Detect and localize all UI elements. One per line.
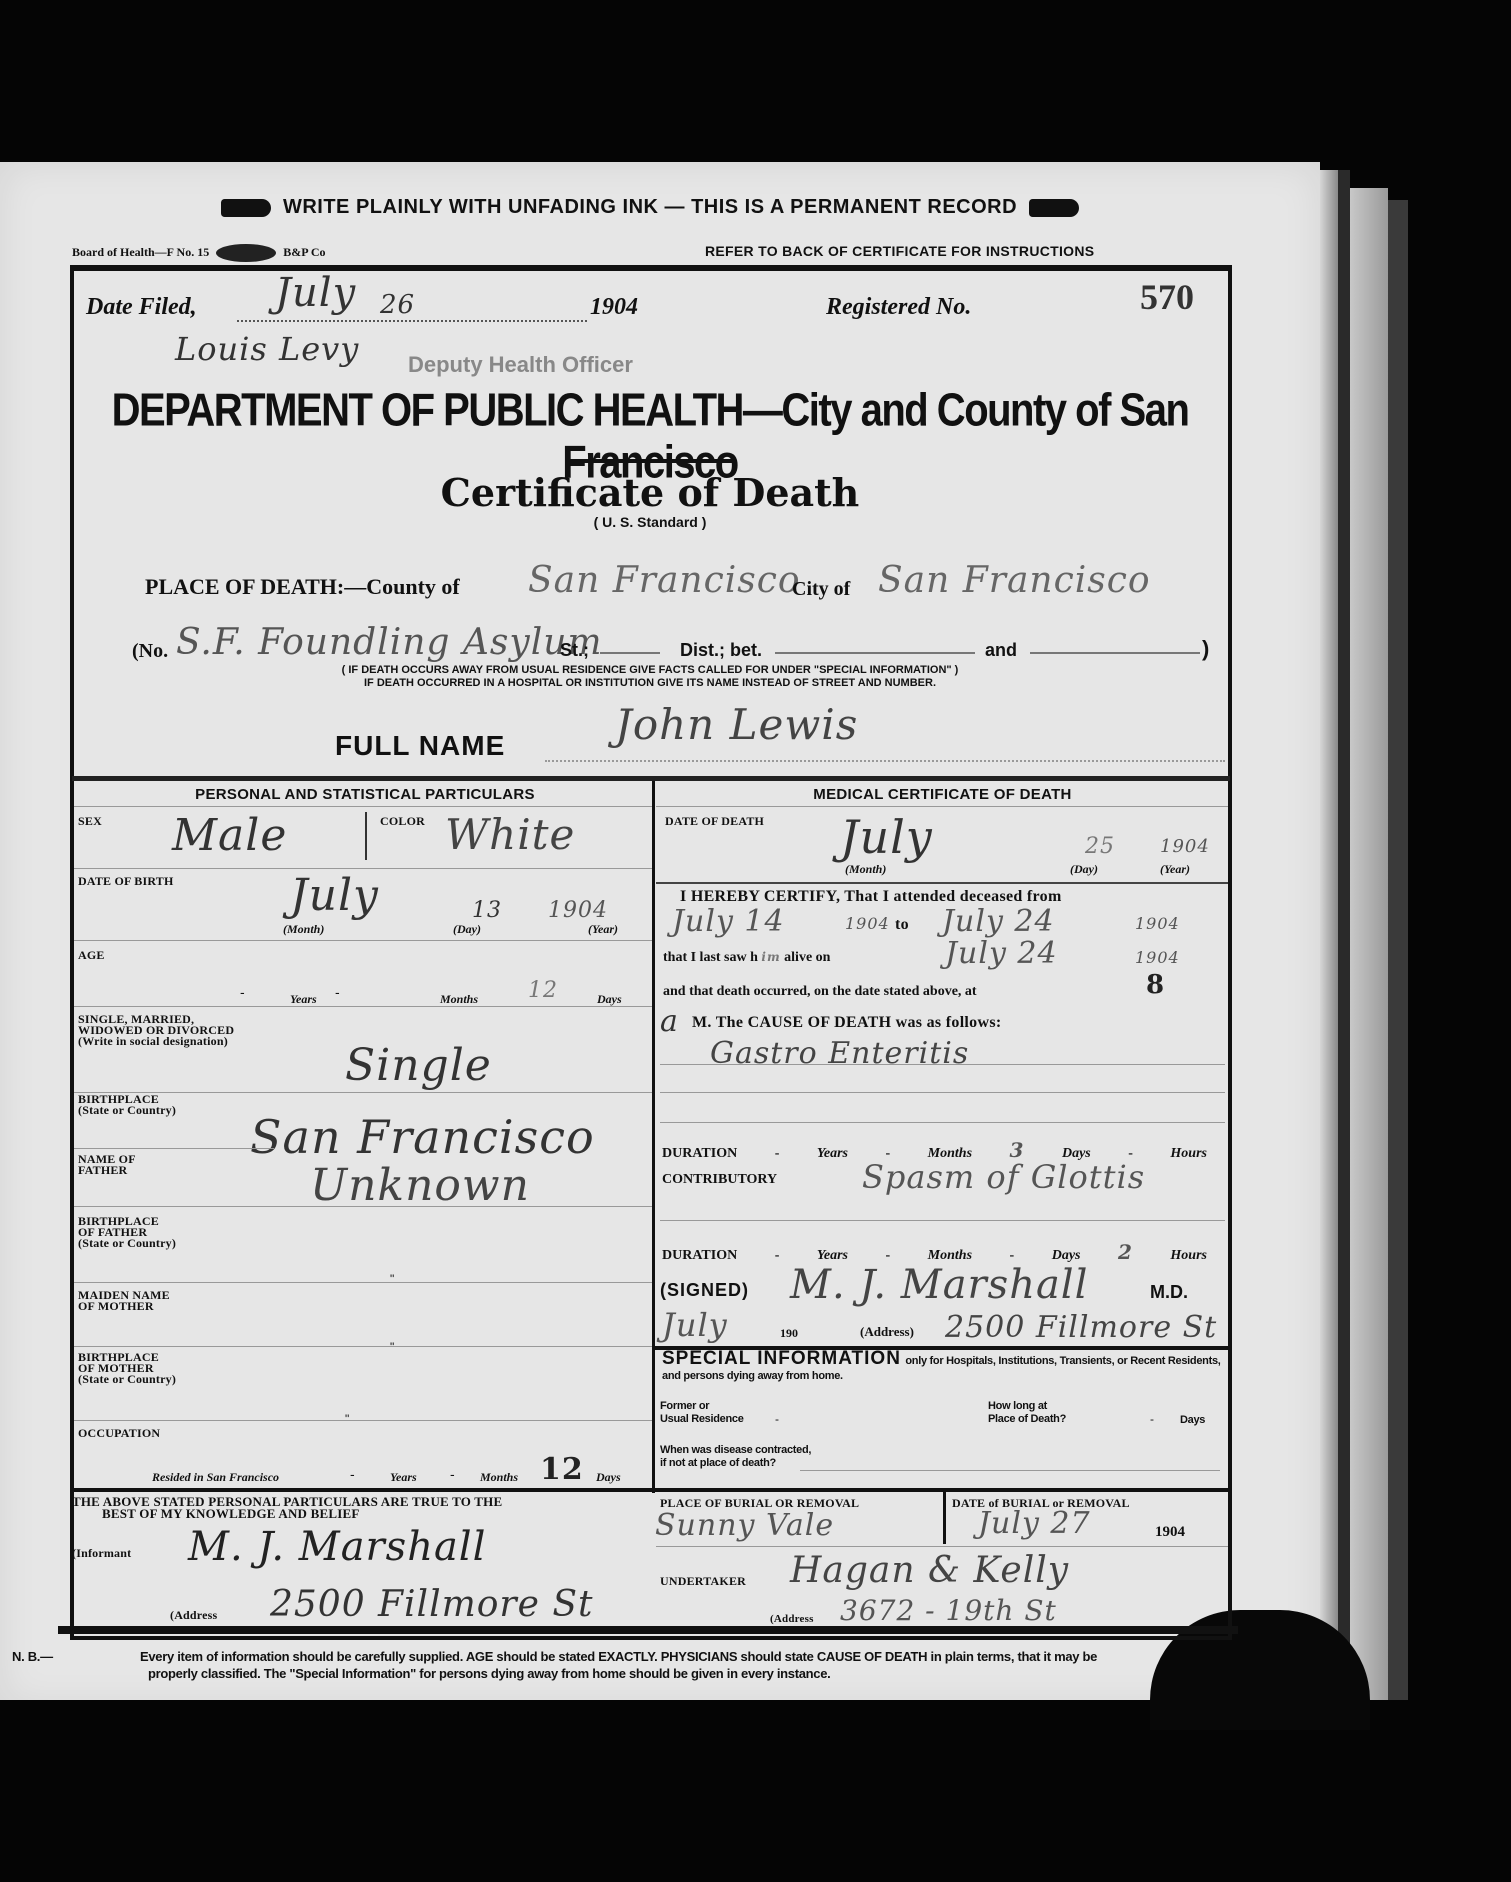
age-days-caption: Days [597,992,622,1007]
contracted-label-line-1: When was disease contracted, [660,1444,811,1457]
district-label: Dist.; bet. [680,640,762,661]
rule [74,1006,652,1007]
form-number-text: Board of Health—F No. 15 [72,245,209,259]
date-of-death-day: 25 [1085,834,1115,859]
father-birthplace-value: " [390,1272,394,1286]
city-label: City of [792,578,850,601]
alive-on-text: alive on [784,950,830,965]
rule [660,1220,1225,1221]
age-days: 12 [528,978,558,1003]
duration-hours: 2 [1118,1240,1133,1264]
rule [656,806,1228,807]
sex-color-divider [365,812,367,860]
informant-address-label: (Address [170,1610,217,1621]
residence-note-line-2: IF DEATH OCCURRED IN A HOSPITAL OR INSTI… [210,677,1090,690]
informant-address: 2500 Fillmore St [270,1584,593,1625]
section-divider [72,776,1230,781]
hours-caption: Hours [1170,1248,1207,1264]
how-long-label: How long at Place of Death? [988,1400,1066,1426]
former-residence-label: Former or Usual Residence [660,1400,744,1426]
rule [656,1546,1228,1547]
place-of-death-label: PLACE OF DEATH:—County of [145,574,460,600]
physician-signature: M. J. Marshall [790,1262,1088,1308]
age-years: - [240,984,245,1000]
years-caption: Years [817,1146,848,1162]
rule [74,1346,652,1347]
undertaker-label: UNDERTAKER [660,1576,746,1587]
age-years-caption: Years [290,992,317,1007]
sex-label: SEX [78,816,102,827]
year-caption: (Year) [588,922,618,937]
rule [800,1470,1220,1471]
full-name-label: FULL NAME [335,730,505,762]
and-blank [1030,652,1200,654]
dod-month-caption: (Month) [845,862,886,877]
registered-label: Registered No. [826,294,971,321]
last-saw-prefix: that I last saw h [663,950,758,965]
contracted-label: When was disease contracted, if not at p… [660,1444,811,1470]
birthplace-label: BIRTHPLACE (State or Country) [78,1094,176,1116]
date-of-death-month: July [840,810,933,864]
rule [74,1206,652,1207]
contracted-label-line-2: if not at place of death? [660,1457,811,1470]
md-label: M.D. [1150,1282,1188,1303]
date-filed-month: July [275,270,356,316]
date-filed-day: 26 [380,290,415,320]
physician-address-label: (Address) [860,1324,914,1340]
page-stack-shadow [1388,200,1408,1740]
rule [660,1064,1225,1065]
full-name-value: John Lewis [615,700,858,749]
father-name-value: Unknown [310,1160,530,1211]
district-blank [775,652,975,654]
age-months-caption: Months [440,992,478,1007]
special-info-heading: SPECIAL INFORMATION [662,1348,901,1369]
mother-name-label: MAIDEN NAME OF MOTHER [78,1290,170,1312]
birthplace-value: San Francisco [250,1110,595,1164]
registered-number: 570 [1140,276,1194,318]
rule [660,1092,1225,1093]
dod-year-caption: (Year) [1160,862,1190,877]
marital-label: SINGLE, MARRIED, WIDOWED OR DIVORCED (Wr… [78,1014,234,1047]
attended-to-year: 1904 [1135,914,1180,933]
certificate-subtitle: ( U. S. Standard ) [200,514,1100,530]
dod-day-caption: (Day) [1070,862,1098,877]
close-paren: ) [1202,636,1209,662]
personal-heading: PERSONAL AND STATISTICAL PARTICULARS [80,786,650,803]
signed-label: (SIGNED) [660,1280,749,1301]
dob-label: DATE OF BIRTH [78,876,174,887]
officer-signature: Louis Levy [175,330,359,368]
date-of-death-label: DATE OF DEATH [665,816,764,827]
former-residence-value: - [775,1412,779,1426]
undertaker-address: 3672 - 19th St [840,1594,1057,1627]
duration-2: DURATION - Years - Months - Days 2 Hours [662,1240,1207,1264]
mother-birthplace-label-line-3: (State or Country) [78,1374,176,1385]
sex-value: Male [172,810,287,861]
marital-label-line-3: (Write in social designation) [78,1036,234,1047]
county-value: San Francisco [528,560,801,601]
next-page-edge [1350,188,1388,1728]
rule [656,882,1228,884]
age-label: AGE [78,950,105,961]
resided-days-caption: Days [596,1470,621,1485]
banner-text: WRITE PLAINLY WITH UNFADING INK — THIS I… [283,196,1017,218]
marital-value: Single [345,1040,492,1091]
former-residence-label-line-2: Usual Residence [660,1413,744,1426]
footnote: N. B.—Every item of information should b… [80,1648,1130,1682]
street-number-label: (No. [132,640,168,663]
cause-of-death: Gastro Enteritis [710,1036,969,1071]
signed-date: July [662,1306,728,1344]
pointing-hand-right-icon [1029,199,1079,217]
father-name-label-line-2: FATHER [78,1165,136,1176]
union-seal-icon [216,244,276,262]
day-caption: (Day) [453,922,481,937]
certificate-title: Certificate of Death [200,470,1100,515]
page-edge [1320,170,1338,1710]
full-name-line [545,760,1225,762]
last-saw-date: July 24 [945,936,1058,971]
contributory-cause: Spasm of Glottis [862,1158,1145,1196]
residence-note: ( IF DEATH OCCURS AWAY FROM USUAL RESIDE… [210,664,1090,690]
instructions-note: REFER TO BACK OF CERTIFICATE FOR INSTRUC… [705,243,1094,259]
father-name-label: NAME OF FATHER [78,1154,136,1176]
rule [74,1420,652,1421]
how-long-label-line-1: How long at [988,1400,1066,1413]
undertaker-value: Hagan & Kelly [790,1550,1069,1591]
street-address-value: S.F. Foundling Asylum [176,622,603,663]
resided-months: - [450,1466,455,1482]
informant-statement-line-2: BEST OF MY KNOWLEDGE AND BELIEF [72,1508,650,1520]
month-caption: (Month) [283,922,324,937]
frame-bottom-rule [58,1626,1238,1634]
printer-text: B&P Co [283,245,325,259]
contributory-label: CONTRIBUTORY [662,1172,777,1188]
rule [660,1122,1225,1123]
informant-statement: THE ABOVE STATED PERSONAL PARTICULARS AR… [72,1496,650,1520]
birthplace-label-line-2: (State or Country) [78,1105,176,1116]
attended-to: July 24 [942,904,1055,939]
title-divider [570,459,732,463]
resided-days: 12 [540,1452,584,1487]
color-label: COLOR [380,816,425,827]
hours-caption: Hours [1170,1146,1207,1162]
informant-name: M. J. Marshall [188,1524,486,1570]
resided-months-caption: Months [480,1470,518,1485]
attended-from: July 14 [672,904,785,939]
color-value: White [445,810,575,859]
mother-name-value: " [390,1340,394,1354]
former-residence-label-line-1: Former or [660,1400,744,1413]
dob-year: 1904 [548,898,608,923]
duration-label: DURATION [662,1146,737,1162]
dob-day: 13 [472,898,502,923]
father-birthplace-label: BIRTHPLACE OF FATHER (State or Country) [78,1216,176,1249]
informant-divider [72,1488,652,1492]
rule [74,806,652,807]
occurred-text: and that death occurred, on the date sta… [663,984,977,1000]
age-months: - [335,984,340,1000]
column-divider [652,781,655,1493]
resided-years: - [350,1466,355,1482]
last-saw-year: 1904 [1135,948,1180,967]
resided-label: Resided in San Francisco [152,1470,279,1485]
time-of-death-ampm: a [660,1004,679,1039]
rule [74,868,652,869]
signed-year: 190 [780,1326,798,1341]
physician-address: 2500 Fillmore St [945,1310,1217,1345]
last-saw-text: that I last saw h im alive on [663,950,830,966]
mother-birthplace-label: BIRTHPLACE OF MOTHER (State or Country) [78,1352,176,1385]
date-filed-line [237,320,587,322]
duration-years: - [775,1248,780,1264]
special-info-header: SPECIAL INFORMATION only for Hospitals, … [662,1352,1222,1383]
mother-name-label-line-2: OF MOTHER [78,1301,170,1312]
how-long-label-line-2: Place of Death? [988,1413,1066,1426]
duration-label: DURATION [662,1248,737,1264]
footnote-text: Every item of information should be care… [140,1649,1097,1681]
attended-from-year: 1904 [845,914,890,933]
residence-note-line-1: ( IF DEATH OCCURS AWAY FROM USUAL RESIDE… [210,664,1090,677]
rule [74,1092,652,1093]
how-long-caption: Days [1180,1414,1205,1426]
footnote-lead: N. B.— [80,1648,140,1665]
undertaker-address-label: (Address [770,1614,814,1625]
rule [74,1282,652,1283]
occupation-label: OCCUPATION [78,1428,160,1439]
banner: WRITE PLAINLY WITH UNFADING INK — THIS I… [120,196,1180,219]
city-value: San Francisco [878,560,1151,601]
medical-heading: MEDICAL CERTIFICATE OF DEATH [660,786,1225,803]
officer-title: Deputy Health Officer [408,352,633,378]
time-of-death-hour: 8 [1146,970,1165,1000]
burial-place-value: Sunny Vale [655,1508,834,1543]
cause-text: M. The CAUSE OF DEATH was as follows: [692,1014,1002,1032]
date-filed-year: 1904 [590,294,638,321]
date-of-death-year: 1904 [1160,836,1210,857]
burial-date-value: July 27 [978,1506,1091,1541]
duration-years: - [775,1146,780,1162]
rule [74,940,652,941]
street-blank [600,652,660,654]
informant-label: (Informant [72,1548,131,1559]
how-long-value: - [1150,1412,1154,1426]
date-filed-label: Date Filed, [86,294,197,321]
pointing-hand-left-icon [221,199,271,217]
father-birthplace-label-line-3: (State or Country) [78,1238,176,1249]
page-edge-gap [1338,170,1350,1710]
to-label: to [895,916,909,934]
mother-birthplace-value: " [345,1412,349,1426]
burial-column-divider [943,1488,946,1544]
burial-year: 1904 [1155,1524,1185,1541]
and-label: and [985,640,1017,661]
form-number: Board of Health—F No. 15 B&P Co [72,244,326,262]
last-saw-pronoun: im [761,950,780,964]
dob-month: July [290,870,379,921]
resided-years-caption: Years [390,1470,417,1485]
burial-divider [655,1488,1228,1492]
street-label: St.; [560,640,589,661]
rule [74,1148,274,1149]
